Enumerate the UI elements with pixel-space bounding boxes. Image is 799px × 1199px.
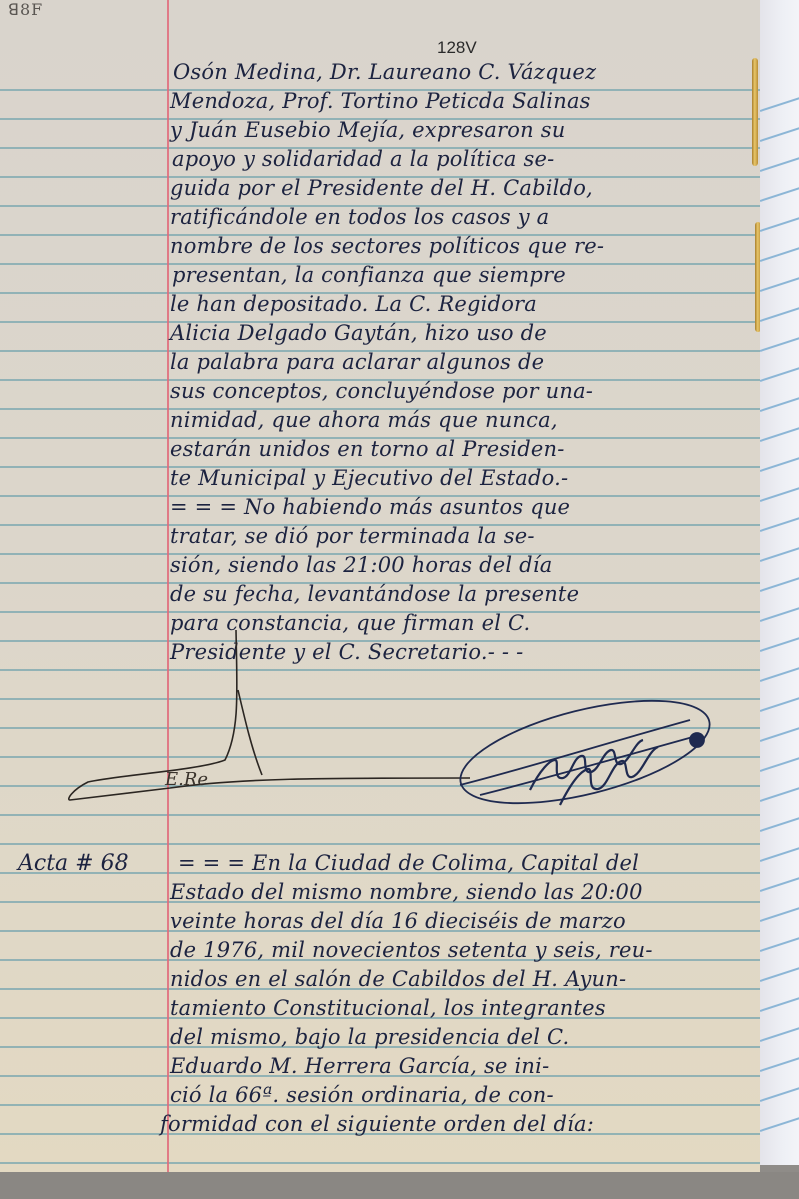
acta-number-label: Acta # 68 — [18, 851, 129, 876]
text-line: Mendoza, Prof. Tortino Peticda Salinas — [170, 89, 591, 113]
text-line: Osón Medina, Dr. Laureano C. Vázquez — [173, 60, 596, 84]
text-line: la palabra para aclarar algunos de — [170, 350, 544, 374]
text-line: = = = En la Ciudad de Colima, Capital de… — [178, 851, 639, 875]
text-line: del mismo, bajo la presidencia del C. — [170, 1025, 569, 1049]
text-line: de su fecha, levantándose la presente — [170, 582, 579, 606]
ledger-page: ꓭ8F 128V Osón Medina, Dr. Laureano C. Vá… — [0, 0, 760, 1175]
text-line: Estado del mismo nombre, siendo las 20:0… — [170, 880, 643, 904]
red-margin-line — [167, 0, 169, 1175]
text-line: para constancia, que firman el C. — [170, 611, 530, 635]
text-line: sus conceptos, concluyéndose por una- — [170, 379, 593, 403]
text-line: estarán unidos en torno al Presiden- — [170, 437, 565, 461]
text-line: = = = No habiendo más asuntos que — [170, 495, 570, 519]
text-line: presentan, la confianza que siempre — [172, 263, 566, 287]
text-line: sión, siendo las 21:00 horas del día — [170, 553, 552, 577]
text-line: nidos en el salón de Cabildos del H. Ayu… — [170, 967, 626, 991]
text-line: guida por el Presidente del H. Cabildo, — [170, 176, 593, 200]
text-line: Alicia Delgado Gaytán, hizo uso de — [170, 321, 547, 345]
text-line: ció la 66ª. sesión ordinaria, de con- — [170, 1083, 554, 1107]
text-line: nimidad, que ahora más que nunca, — [170, 408, 558, 432]
text-line: de 1976, mil novecientos setenta y seis,… — [170, 938, 653, 962]
text-line: Presidente y el C. Secretario.- - - — [170, 640, 523, 664]
text-line: tamiento Constitucional, los integrantes — [170, 996, 606, 1020]
svg-text:E.Re: E.Re — [164, 769, 208, 790]
text-line: tratar, se dió por terminada la se- — [170, 524, 535, 548]
text-line: te Municipal y Ejecutivo del Estado.- — [170, 466, 568, 490]
folio-number: 128V — [437, 38, 477, 58]
binding-staple — [752, 58, 758, 166]
corner-stamp: ꓭ8F — [8, 0, 43, 19]
signature-secretario — [451, 680, 720, 823]
table-surface — [0, 1172, 799, 1199]
text-line: Eduardo M. Herrera García, se ini- — [170, 1054, 549, 1078]
text-line: le han depositado. La C. Regidora — [170, 292, 537, 316]
text-line: apoyo y solidaridad a la política se- — [172, 147, 554, 171]
text-line: nombre de los sectores políticos que re- — [170, 234, 604, 258]
text-line: ratificándole en todos los casos y a — [170, 205, 549, 229]
text-line: formidad con el siguiente orden del día: — [160, 1112, 594, 1136]
facing-page-edge — [760, 0, 799, 1165]
text-line: y Juán Eusebio Mejía, expresaron su — [170, 118, 565, 142]
text-line: veinte horas del día 16 dieciséis de mar… — [170, 909, 626, 933]
